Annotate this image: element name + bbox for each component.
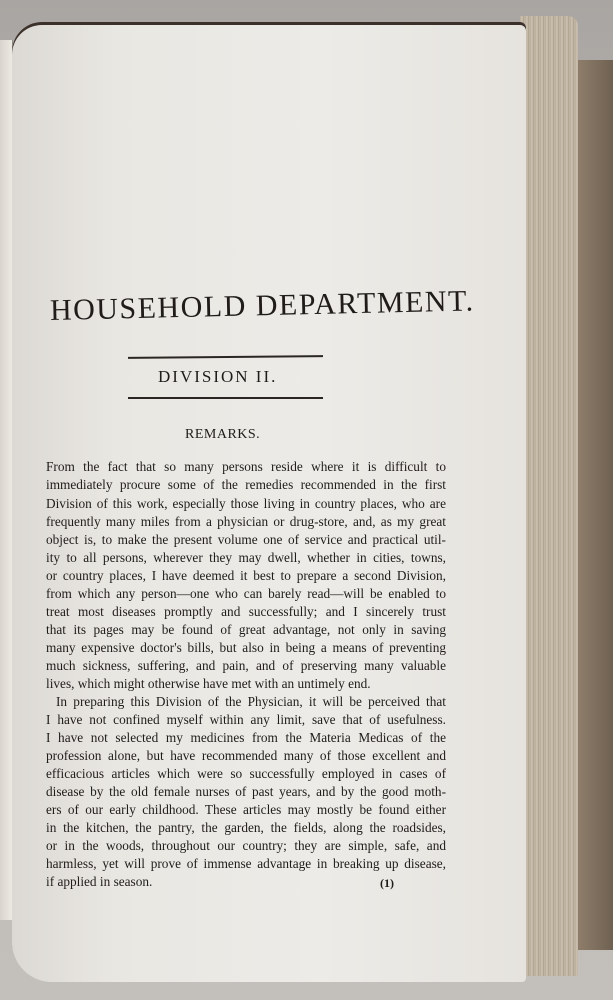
text-line: ers of our early childhood. These articl… bbox=[46, 802, 446, 818]
text-line: many expensive doctor's bills, but also … bbox=[46, 640, 446, 656]
page-number: (1) bbox=[380, 876, 394, 891]
text-line: or in the woods, throughout our country;… bbox=[46, 838, 446, 854]
text-line: treat most diseases promptly and success… bbox=[46, 604, 446, 620]
text-line: From the fact that so many persons resid… bbox=[46, 459, 446, 475]
text-line: object is, to make the present volume on… bbox=[46, 532, 446, 548]
text-line: harmless, yet will prove of immense adva… bbox=[46, 856, 446, 872]
text-line: Division of this work, especially those … bbox=[46, 496, 446, 512]
text-line: In preparing this Division of the Physic… bbox=[56, 694, 446, 710]
divider-top bbox=[128, 355, 323, 358]
text-line: much sickness, suffering, and pain, and … bbox=[46, 658, 446, 674]
divider-bottom bbox=[128, 397, 323, 399]
text-line: or country places, I have deemed it best… bbox=[46, 568, 446, 584]
text-line: immediately procure some of the remedies… bbox=[46, 477, 446, 493]
text-line: lives, which might otherwise have met wi… bbox=[46, 676, 446, 692]
section-heading: REMARKS. bbox=[185, 427, 260, 443]
book-page: HOUSEHOLD DEPARTMENT. DIVISION II. REMAR… bbox=[12, 22, 526, 982]
text-line: frequently many miles from a physician o… bbox=[46, 514, 446, 530]
page-block-edges bbox=[520, 16, 578, 976]
page-title: HOUSEHOLD DEPARTMENT. bbox=[50, 284, 475, 328]
text-line: I have not confined myself within any li… bbox=[46, 712, 446, 728]
text-line: disease by the old female nurses of past… bbox=[46, 784, 446, 800]
text-line: profession alone, but have recommended m… bbox=[46, 748, 446, 764]
text-line: I have not selected my medicines from th… bbox=[46, 730, 446, 746]
division-heading: DIVISION II. bbox=[158, 367, 277, 387]
text-line: efficacious articles which were so succe… bbox=[46, 766, 446, 782]
text-line: in the kitchen, the pantry, the garden, … bbox=[46, 820, 446, 836]
text-line: that its pages may be found of great adv… bbox=[46, 622, 446, 638]
text-line: from which any person—one who can barely… bbox=[46, 586, 446, 602]
book-cover-edge bbox=[578, 60, 613, 950]
text-line: ity to all persons, wherever they may dw… bbox=[46, 550, 446, 566]
